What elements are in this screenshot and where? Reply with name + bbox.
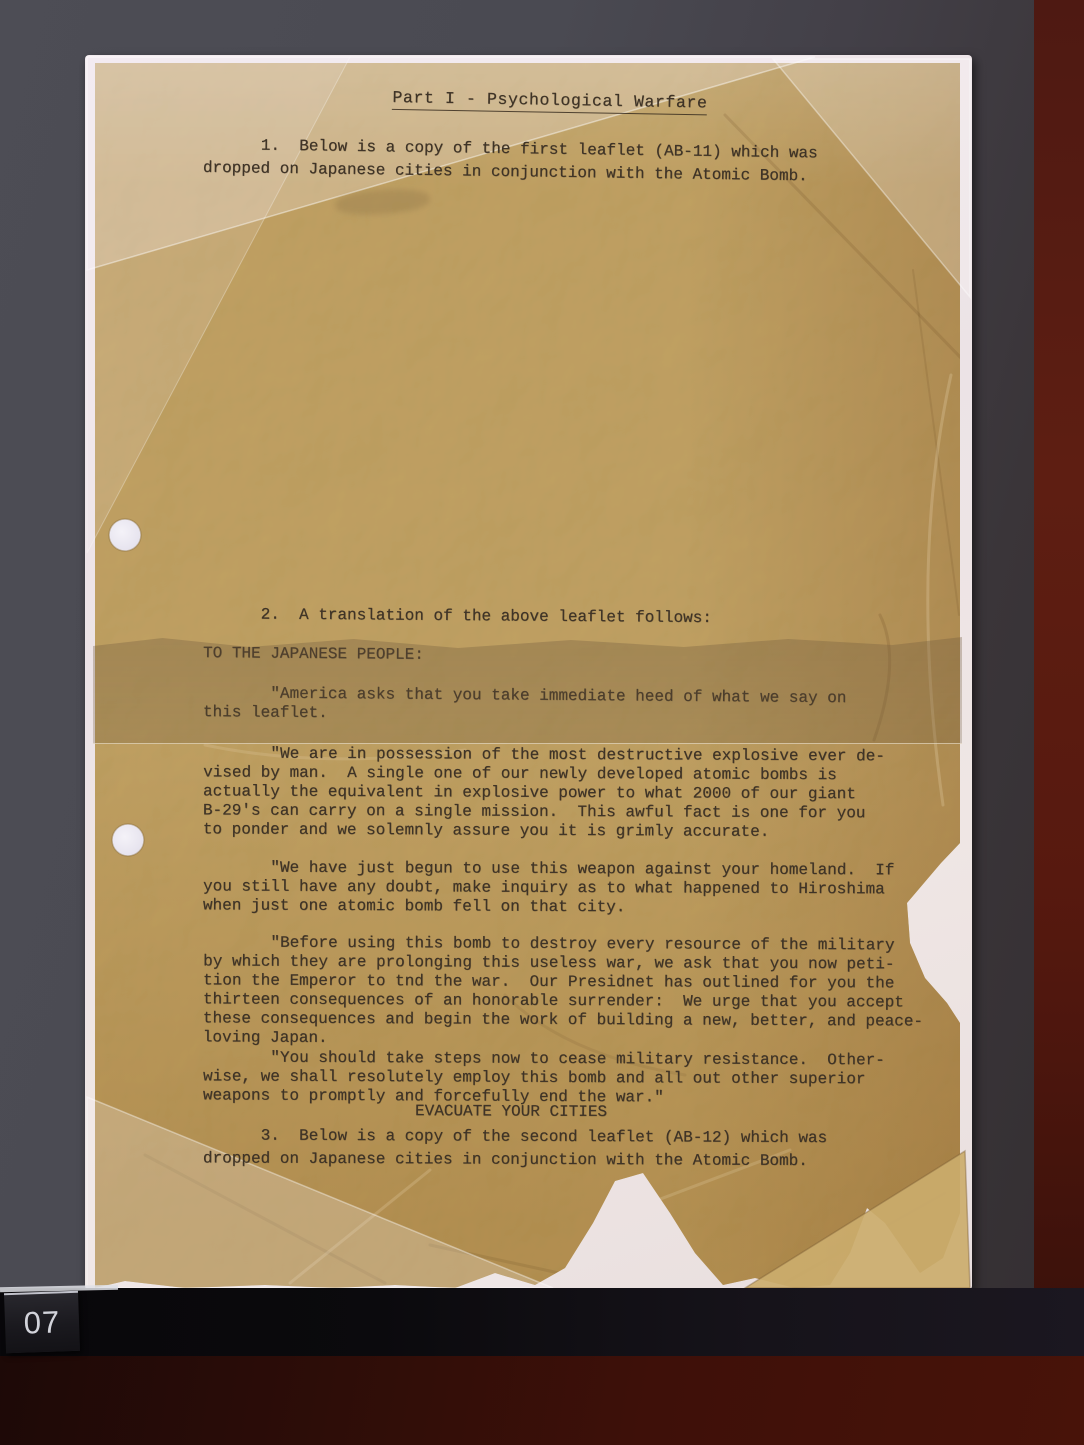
paragraph-cease: "You should take steps now to cease mili… bbox=[203, 1048, 951, 1108]
line-evacuate: EVACUATE YOUR CITIES bbox=[415, 1102, 815, 1123]
glue-smudge-mark bbox=[334, 187, 430, 218]
paragraph-begun: "We have just begun to use this weapon a… bbox=[203, 858, 951, 918]
display-shelf bbox=[0, 1288, 1084, 1358]
paragraph-possession: "We are in possession of the most destru… bbox=[203, 744, 951, 842]
exhibit-number-text: 07 bbox=[23, 1304, 61, 1341]
paragraph-item2: 2. A translation of the above leaflet fo… bbox=[203, 605, 951, 630]
dark-red-base bbox=[0, 1356, 1084, 1445]
museum-display-photo: Part I - Psychological Warfare 1. Below … bbox=[0, 0, 1084, 1445]
tape-strip-overlay bbox=[93, 632, 962, 744]
paragraph-item1: 1. Below is a copy of the first leaflet … bbox=[203, 134, 952, 189]
backing-sheet: Part I - Psychological Warfare 1. Below … bbox=[85, 55, 972, 1290]
exhibit-number-label: 07 bbox=[4, 1291, 80, 1354]
red-wall-strip bbox=[1034, 0, 1084, 1360]
document-title: Part I - Psychological Warfare bbox=[68, 63, 956, 138]
paragraph-item3: 3. Below is a copy of the second leaflet… bbox=[203, 1124, 951, 1172]
paragraph-before: "Before using this bomb to destroy every… bbox=[203, 933, 951, 1050]
